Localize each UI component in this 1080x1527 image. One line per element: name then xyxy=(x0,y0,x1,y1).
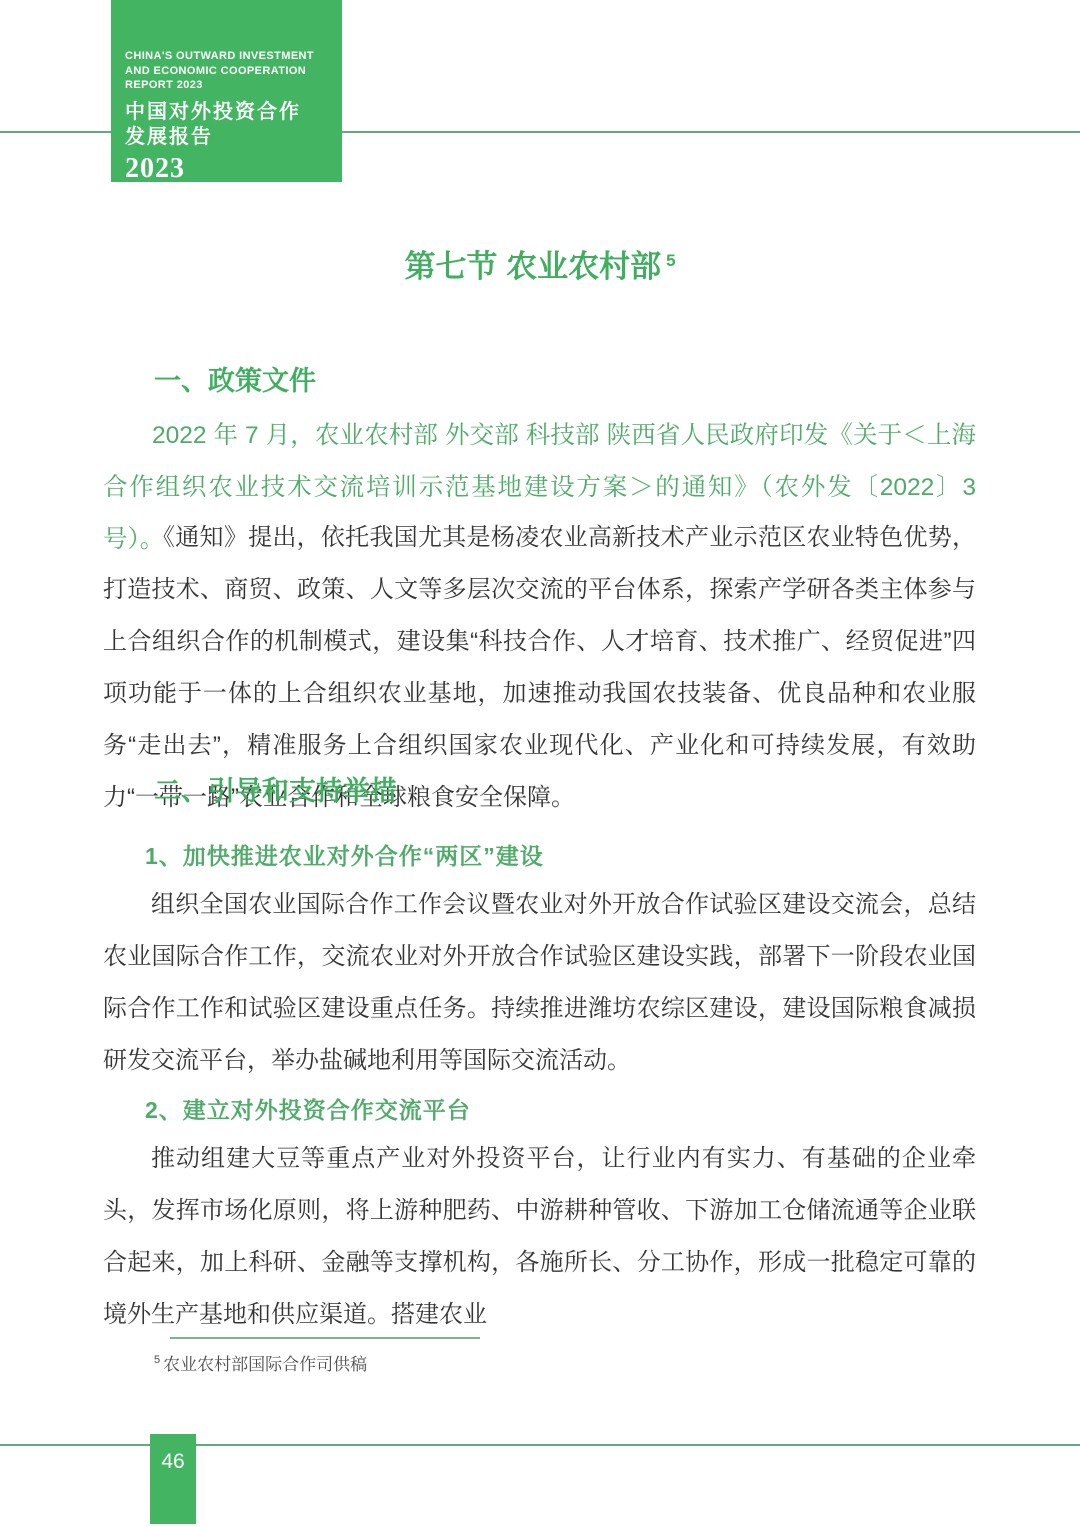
report-header-badge: CHINA'S OUTWARD INVESTMENT AND ECONOMIC … xyxy=(111,0,342,182)
header-year: 2023 xyxy=(125,153,332,185)
subsection-heading-2: 2、建立对外投资合作交流平台 xyxy=(145,1092,471,1125)
header-english-line3: REPORT 2023 xyxy=(125,78,332,93)
footnote-marker: 5 xyxy=(154,1354,160,1366)
subsection-heading-1: 1、加快推进农业对外合作“两区”建设 xyxy=(145,838,544,871)
subsection-paragraph-2: 推动组建大豆等重点产业对外投资平台，让行业内有实力、有基础的企业牵头，发挥市场化… xyxy=(103,1133,976,1341)
page-number-badge: 46 xyxy=(150,1434,196,1524)
footnote-text: 农业农村部国际合作司供稿 xyxy=(163,1355,367,1374)
page-title: 第七节 农业农村部5 xyxy=(0,241,1080,286)
report-page: CHINA'S OUTWARD INVESTMENT AND ECONOMIC … xyxy=(0,0,1080,1527)
page-title-footnote-ref: 5 xyxy=(666,251,675,270)
footnote-divider xyxy=(170,1337,480,1339)
section-heading-1: 一、政策文件 xyxy=(154,359,316,398)
header-english-title: CHINA'S OUTWARD INVESTMENT AND ECONOMIC … xyxy=(125,49,332,93)
header-english-line1: CHINA'S OUTWARD INVESTMENT xyxy=(125,49,332,64)
header-english-line2: AND ECONOMIC COOPERATION xyxy=(125,64,332,79)
header-chinese-line1: 中国对外投资合作 xyxy=(125,100,332,125)
section-heading-2: 二、引导和支持举措 xyxy=(154,769,397,808)
footnote: 5农业农村部国际合作司供稿 xyxy=(154,1350,367,1375)
subsection-paragraph-1: 组织全国农业国际合作工作会议暨农业对外开放合作试验区建设交流会，总结农业国际合作… xyxy=(103,879,976,1087)
page-title-text: 第七节 农业农村部 xyxy=(404,249,661,284)
header-chinese-line2: 发展报告 xyxy=(125,125,332,150)
